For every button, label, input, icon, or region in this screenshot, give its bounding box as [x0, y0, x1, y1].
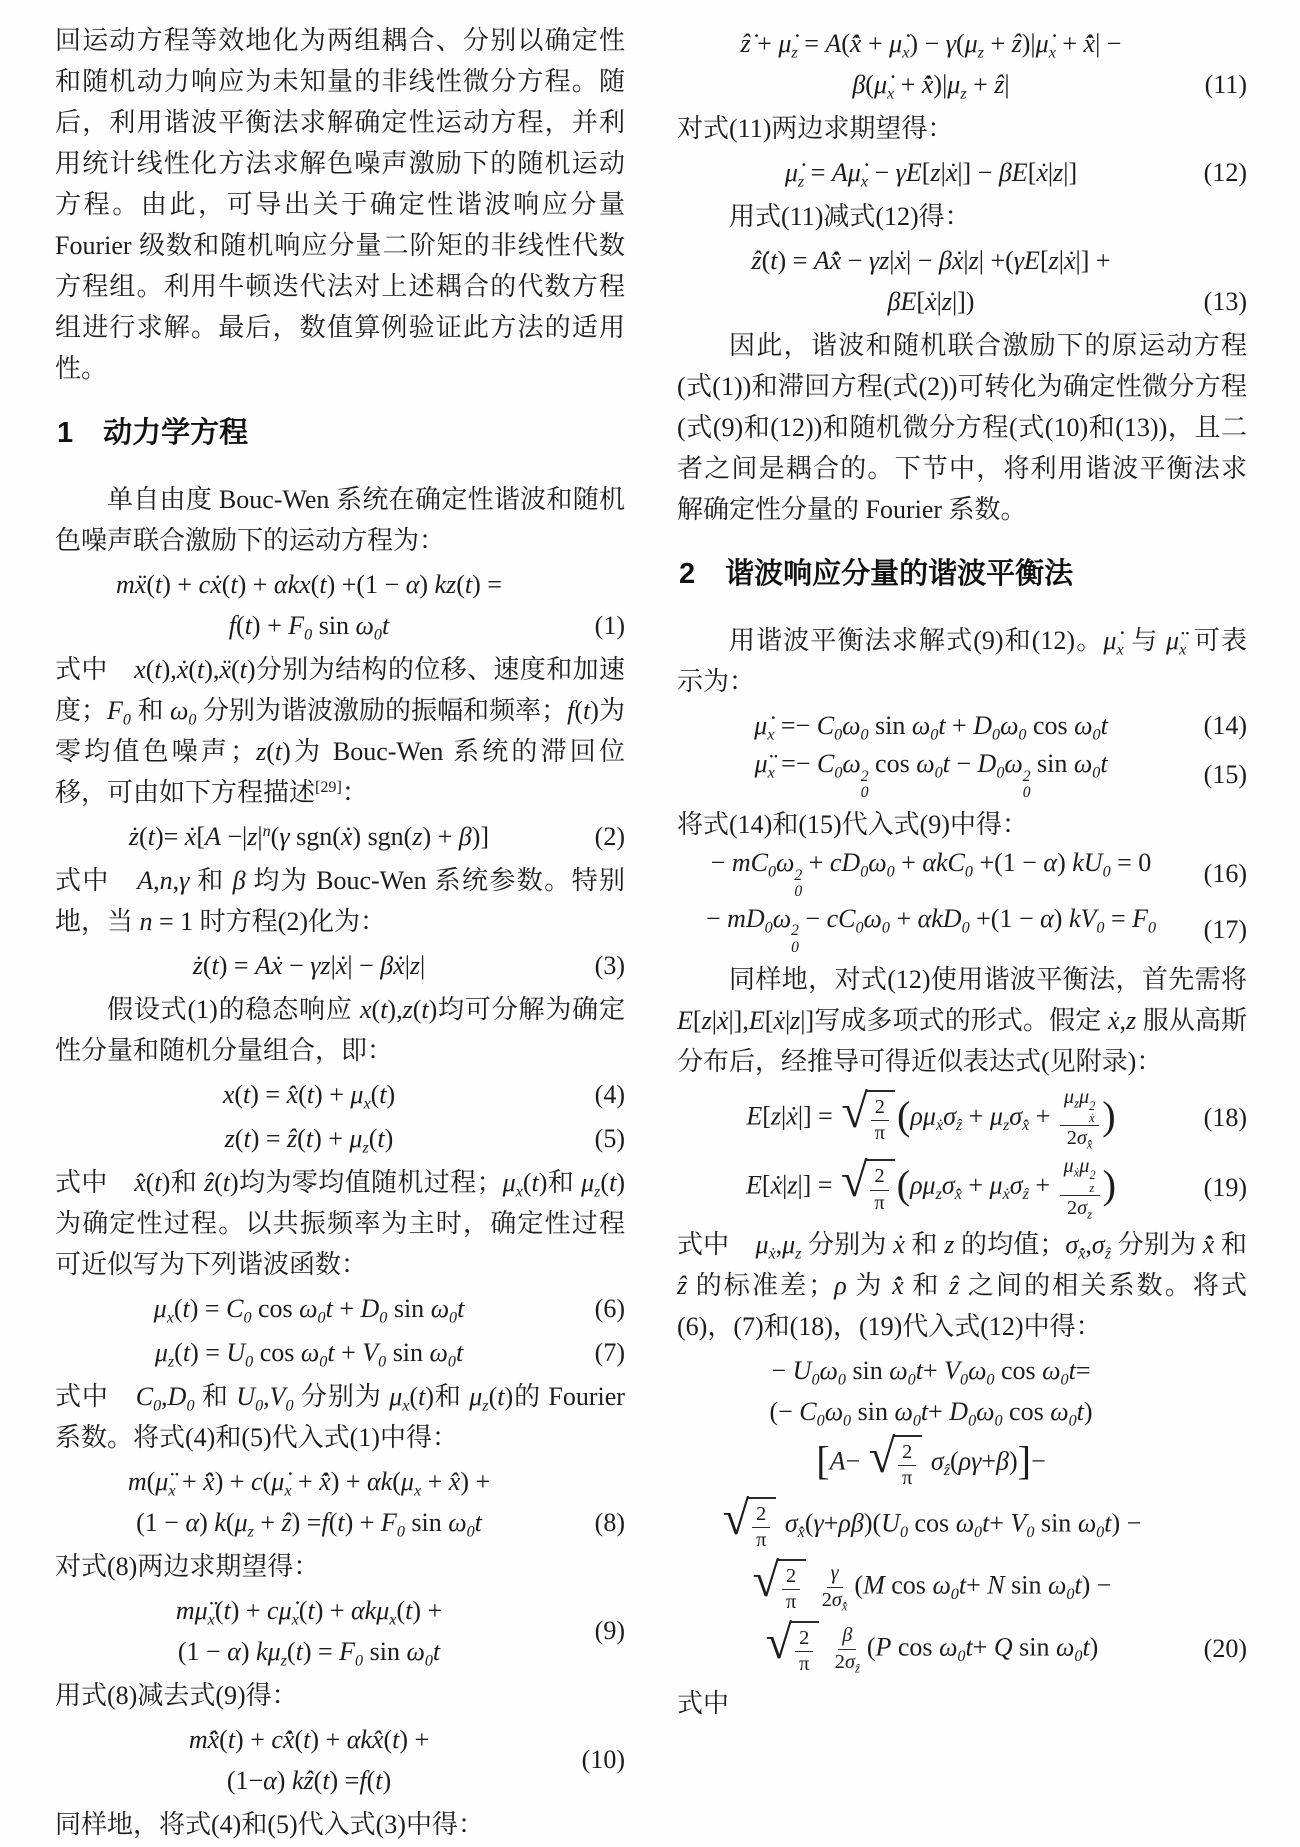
paragraph-expectation-11: 对式(11)两边求期望得：	[677, 108, 1247, 149]
equation-3: ż(t) = Aẋ − γz|ẋ| − βẋ|z|(3)	[55, 945, 625, 986]
equation-1: mẍ(t) + cẋ(t) + αkx(t) +(1 − α) kz(t) = …	[55, 564, 625, 646]
equation-15-number: (15)	[1185, 760, 1247, 790]
equation-19-body: E[ẋ|z|] = √2π(ρμzσx̂̇ + μẋσẑ + μẋμ2z2σz)	[677, 1154, 1185, 1221]
equation-14: μ̇x =− C0ω0 sin ω0t + D0ω0 cos ω0t(14)	[677, 705, 1247, 746]
paragraph-subtract-12: 用式(11)减式(12)得：	[677, 196, 1247, 237]
paper-page: 回运动方程等效地化为两组耦合、分别以确定性和随机动力响应为未知量的非线性微分方程…	[0, 0, 1300, 1847]
equation-9-line-1: mμ̈x(t) + cμ̇x(t) + αkμx(t) +	[55, 1596, 563, 1626]
equation-8-line-2: (1 − α) k(μz + ẑ) =f(t) + F0 sin ω0t	[55, 1508, 563, 1538]
paragraph-where-final: 式中	[677, 1683, 1247, 1724]
equation-2-body: ż(t)= ẋ[A −|z|n(γ sgn(ẋ) sgn(z) + β)]	[55, 822, 563, 852]
equation-9: mμ̈x(t) + cμ̇x(t) + αkμx(t) + (1 − α) kμ…	[55, 1590, 625, 1672]
equation-7: μz(t) = U0 cos ω0t + V0 sin ω0t(7)	[55, 1332, 625, 1373]
left-column: 回运动方程等效地化为两组耦合、分别以确定性和随机动力响应为未知量的非线性微分方程…	[55, 20, 625, 1837]
equation-4-number: (4)	[563, 1080, 625, 1110]
equation-11-line-1: ẑ̇ + μ̇z = A(x̂̇ + μ̇x) − γ(μz + ẑ)|μ̇x …	[677, 29, 1185, 59]
equation-15: μ̈x =− C0ω20 cos ω0t − D0ω20 sin ω0t(15)	[677, 749, 1247, 801]
equation-20-line-1: − U0ω0 sin ω0t+ V0ω0 cos ω0t=	[677, 1356, 1185, 1386]
paragraph-symbols-1: 式中 x(t),ẋ(t),ẍ(t)分别为结构的位移、速度和加速度；F0 和 ω0…	[55, 649, 625, 813]
equation-1-line-1: mẍ(t) + cẋ(t) + αkx(t) +(1 − α) kz(t) =	[55, 570, 563, 600]
section-1-number: 1	[57, 413, 73, 453]
equation-11-number: (11)	[1185, 70, 1247, 100]
equation-19-number: (19)	[1185, 1173, 1247, 1203]
equation-17: − mD0ω20 − cC0ω0 + αkD0 +(1 − α) kV0 = F…	[677, 904, 1247, 956]
equation-6-number: (6)	[563, 1294, 625, 1324]
equation-13-line-1: ẑ̇(t) = Ax̂̇ − γz|ẋ| − βẋ|z| +(γE[z|ẋ|] …	[677, 246, 1185, 276]
equation-16: − mC0ω20 + cD0ω0 + αkC0 +(1 − α) kU0 = 0…	[677, 848, 1247, 900]
equation-14-body: μ̇x =− C0ω0 sin ω0t + D0ω0 cos ω0t	[677, 711, 1185, 741]
equation-20-line-5: √2π γ2σx̂̇(M cos ω0t+ N sin ω0t) −	[677, 1559, 1185, 1616]
equation-15-body: μ̈x =− C0ω20 cos ω0t − D0ω20 sin ω0t	[677, 749, 1185, 801]
equation-17-number: (17)	[1185, 915, 1247, 945]
equation-10-line-2: (1−α) kẑ(t) =f(t)	[55, 1766, 563, 1796]
paragraph-symbols-4: 式中 μẋ,μz 分别为 ẋ 和 z 的均值；σx̂̇,σẑ 分别为 x̂̇ 和…	[677, 1224, 1247, 1347]
equation-2-number: (2)	[563, 822, 625, 852]
equation-4-body: x(t) = x̂(t) + μx(t)	[55, 1080, 563, 1110]
equation-5-body: z(t) = ẑ(t) + μz(t)	[55, 1124, 563, 1154]
equation-20-line-2: (− C0ω0 sin ω0t+ D0ω0 cos ω0t)	[677, 1397, 1185, 1427]
equation-6-body: μx(t) = C0 cos ω0t + D0 sin ω0t	[55, 1294, 563, 1324]
equation-18-number: (18)	[1185, 1103, 1247, 1133]
equation-7-body: μz(t) = U0 cos ω0t + V0 sin ω0t	[55, 1338, 563, 1368]
equation-1-number: (1)	[563, 611, 625, 641]
section-2-heading: 2 谐波响应分量的谐波平衡法	[679, 554, 1247, 594]
paragraph-eom-intro: 单自由度 Bouc-Wen 系统在确定性谐波和随机色噪声联合激励下的运动方程为：	[55, 479, 625, 561]
equation-8-number: (8)	[563, 1508, 625, 1538]
section-1-heading: 1 动力学方程	[57, 413, 625, 453]
paragraph-hb-intro: 用谐波平衡法求解式(9)和(12)。μ̇x 与 μ̈x 可表示为：	[677, 620, 1247, 702]
section-1-title: 动力学方程	[103, 413, 248, 453]
paragraph-polynomial-form: 同样地，对式(12)使用谐波平衡法，首先需将 E[z|ẋ|],E[ẋ|z|]写成…	[677, 959, 1247, 1082]
equation-20-line-3: [A− √2π σẑ(ργ+β)]−	[677, 1435, 1185, 1492]
equation-11: ẑ̇ + μ̇z = A(x̂̇ + μ̇x) − γ(μz + ẑ)|μ̇x …	[677, 23, 1247, 105]
paragraph-symbols-2: 式中 A,n,γ 和 β 均为 Bouc-Wen 系统参数。特别地，当 n = …	[55, 860, 625, 942]
equation-2: ż(t)= ẋ[A −|z|n(γ sgn(ẋ) sgn(z) + β)](2)	[55, 816, 625, 857]
paragraph-fourier-coeff: 式中 C0,D0 和 U0,V0 分别为 μx(t)和 μz(t)的 Fouri…	[55, 1376, 625, 1458]
equation-17-body: − mD0ω20 − cC0ω0 + αkD0 +(1 − α) kV0 = F…	[677, 904, 1185, 956]
equation-5-number: (5)	[563, 1124, 625, 1154]
equation-8: m(μ̈x + x̂̈) + c(μ̇x + x̂̇) + αk(μx + x̂…	[55, 1461, 625, 1543]
paragraph-substitute-14-15: 将式(14)和(15)代入式(9)中得：	[677, 804, 1247, 845]
equation-12-number: (12)	[1185, 158, 1247, 188]
equation-14-number: (14)	[1185, 711, 1247, 741]
equation-5: z(t) = ẑ(t) + μz(t)(5)	[55, 1118, 625, 1159]
equation-16-number: (16)	[1185, 859, 1247, 889]
equation-3-number: (3)	[563, 951, 625, 981]
equation-13: ẑ̇(t) = Ax̂̇ − γz|ẋ| − βẋ|z| +(γE[z|ẋ|] …	[677, 240, 1247, 322]
equation-13-line-2: βE[ẋ|z|])	[677, 287, 1185, 317]
equation-18: E[z|ẋ|] = √2π(ρμẋσẑ + μzσx̂̇ + μzμ2ẋ2σx̂…	[677, 1085, 1247, 1152]
paragraph-coupling-summary: 因此，谐波和随机联合激励下的原运动方程(式(1))和滞回方程(式(2))可转化为…	[677, 325, 1247, 530]
paragraph-expectation-8: 对式(8)两边求期望得：	[55, 1546, 625, 1587]
paragraph-abstract-continuation: 回运动方程等效地化为两组耦合、分别以确定性和随机动力响应为未知量的非线性微分方程…	[55, 20, 625, 389]
section-2-title: 谐波响应分量的谐波平衡法	[725, 554, 1073, 594]
equation-8-line-1: m(μ̈x + x̂̈) + c(μ̇x + x̂̇) + αk(μx + x̂…	[55, 1467, 563, 1497]
equation-7-number: (7)	[563, 1338, 625, 1368]
equation-12-body: μ̇z = Aμ̇x − γE[z|ẋ|] − βE[ẋ|z|]	[677, 158, 1185, 188]
paragraph-subtract-9: 用式(8)减去式(9)得：	[55, 1675, 625, 1716]
paragraph-substitute-3: 同样地，将式(4)和(5)代入式(3)中得：	[55, 1804, 625, 1845]
paragraph-decomposition: 假设式(1)的稳态响应 x(t),z(t)均可分解为确定性分量和随机分量组合，即…	[55, 989, 625, 1071]
equation-10-number: (10)	[563, 1745, 625, 1775]
equation-6: μx(t) = C0 cos ω0t + D0 sin ω0t(6)	[55, 1288, 625, 1329]
equation-4: x(t) = x̂(t) + μx(t)(4)	[55, 1074, 625, 1115]
equation-20-line-4: √2π σx̂̇(γ+ρβ)(U0 cos ω0t+ V0 sin ω0t) −	[677, 1497, 1185, 1554]
equation-16-body: − mC0ω20 + cD0ω0 + αkC0 +(1 − α) kU0 = 0	[677, 848, 1185, 900]
equation-10-line-1: mx̂̈(t) + cx̂̇(t) + αkx̂(t) +	[55, 1725, 563, 1755]
equation-11-line-2: β(μ̇x + x̂̇)|μz + ẑ|	[677, 70, 1185, 100]
equation-13-number: (13)	[1185, 287, 1247, 317]
equation-1-line-2: f(t) + F0 sin ω0t	[55, 611, 563, 641]
equation-10: mx̂̈(t) + cx̂̇(t) + αkx̂(t) + (1−α) kẑ(t…	[55, 1719, 625, 1801]
equation-19: E[ẋ|z|] = √2π(ρμzσx̂̇ + μẋσẑ + μẋμ2z2σz)…	[677, 1154, 1247, 1221]
equation-20-line-6: √2π β2σẑ(P cos ω0t+ Q sin ω0t)	[677, 1621, 1185, 1678]
equation-20-number: (20)	[1185, 1634, 1247, 1664]
equation-18-body: E[z|ẋ|] = √2π(ρμẋσẑ + μzσx̂̇ + μzμ2ẋ2σx̂…	[677, 1085, 1185, 1152]
equation-3-body: ż(t) = Aẋ − γz|ẋ| − βẋ|z|	[55, 951, 563, 981]
equation-12: μ̇z = Aμ̇x − γE[z|ẋ|] − βE[ẋ|z|](12)	[677, 152, 1247, 193]
equation-9-line-2: (1 − α) kμz(t) = F0 sin ω0t	[55, 1637, 563, 1667]
paragraph-symbols-3: 式中 x̂(t)和 ẑ(t)均为零均值随机过程；μx(t)和 μz(t)为确定性…	[55, 1162, 625, 1285]
equation-20: − U0ω0 sin ω0t+ V0ω0 cos ω0t= (− C0ω0 si…	[677, 1350, 1247, 1680]
right-column: ẑ̇ + μ̇z = A(x̂̇ + μ̇x) − γ(μz + ẑ)|μ̇x …	[677, 20, 1247, 1837]
section-2-number: 2	[679, 554, 695, 594]
equation-9-number: (9)	[563, 1616, 625, 1646]
